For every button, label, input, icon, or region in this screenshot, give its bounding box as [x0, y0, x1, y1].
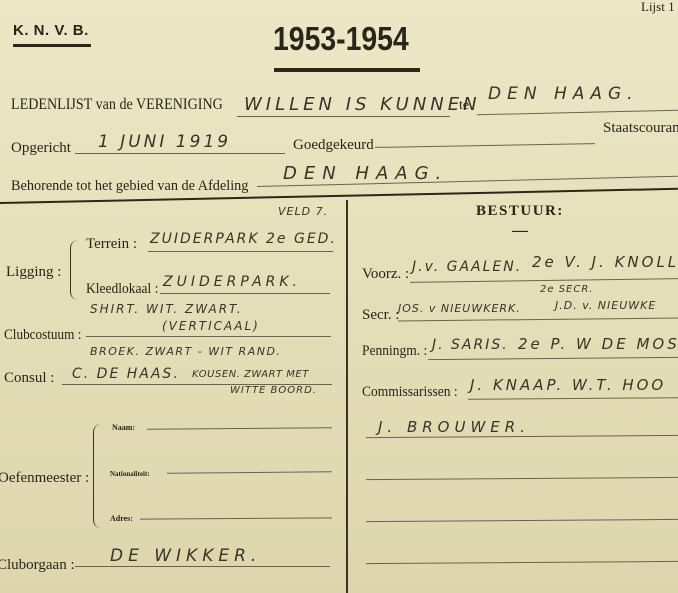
- afdeling-label: Behorende tot het gebied van de Afdeling: [11, 178, 248, 195]
- bestuur-dash: —: [512, 222, 528, 240]
- veld-note: VELD 7.: [278, 205, 328, 218]
- penningm-second-value[interactable]: 2e P. W DE MOS: [518, 335, 678, 353]
- penningm-line: [428, 357, 678, 360]
- consul-note1[interactable]: KOUSEN. ZWART MET: [192, 369, 309, 380]
- nationaliteit-label: Nationaliteit:: [110, 470, 150, 478]
- ledenlijst-label: LEDENLIJST van de VERENIGING: [11, 96, 223, 114]
- nationaliteit-line[interactable]: [167, 471, 332, 473]
- clubcostuum-line3[interactable]: BROEK. ZWART - WIT RAND.: [90, 345, 281, 358]
- adres-label: Adres:: [110, 514, 133, 523]
- blank-line-3[interactable]: [366, 561, 678, 564]
- secr-label: Secr. :: [362, 307, 400, 324]
- penningm-value[interactable]: J. SARIS.: [432, 337, 509, 353]
- ligging-label: Ligging :: [6, 264, 61, 281]
- kleedlokaal-value[interactable]: ZUIDERPARK.: [163, 274, 301, 290]
- opgericht-label: Opgericht: [11, 140, 71, 157]
- voorz-second-value[interactable]: 2e V. J. KNOLL.: [532, 253, 678, 271]
- te-label: te: [459, 98, 469, 114]
- cluborgaan-value[interactable]: DE WIKKER.: [110, 546, 261, 566]
- commissarissen-line2-value[interactable]: J. BROUWER.: [378, 418, 530, 436]
- ligging-brace: [70, 240, 79, 300]
- secr-second-value[interactable]: J.D. v. NIEUWKE: [555, 299, 656, 312]
- cluborgaan-label: Cluborgaan :: [0, 557, 75, 574]
- consul-label: Consul :: [4, 370, 54, 387]
- terrein-value[interactable]: ZUIDERPARK 2e GED.: [150, 231, 337, 247]
- penningm-label: Penningm. :: [362, 343, 427, 360]
- secr-value[interactable]: JOS. v NIEUWKERK.: [398, 302, 521, 315]
- staatscourant-label: Staatscourant: [603, 120, 678, 137]
- voorz-label: Voorz. :: [362, 266, 409, 283]
- clubcostuum-line1[interactable]: SHIRT. WIT. ZWART.: [90, 302, 243, 316]
- afdeling-value[interactable]: DEN HAAG.: [283, 163, 448, 184]
- voorz-line: [410, 278, 678, 283]
- goedgekeurd-label: Goedgekeurd: [293, 137, 374, 154]
- clubcostuum-line2[interactable]: (VERTICAAL): [162, 319, 260, 333]
- club-name-line: [237, 116, 450, 117]
- season-underline: [274, 68, 420, 72]
- clubcostuum-rule: [86, 336, 331, 337]
- naam-label: Naam:: [112, 423, 135, 432]
- blank-line-2[interactable]: [366, 519, 678, 522]
- kleedlokaal-line: [160, 293, 330, 294]
- org-title-underline: [13, 44, 91, 47]
- commissarissen-line: [468, 397, 678, 399]
- club-name-value[interactable]: WILLEN IS KUNNEN: [244, 94, 481, 115]
- adres-line[interactable]: [140, 517, 332, 519]
- list-number: Lijst 1: [641, 0, 675, 15]
- oefenmeester-label: Oefenmeester :: [0, 470, 89, 487]
- opgericht-value[interactable]: 1 JUNI 1919: [98, 132, 231, 152]
- secr-line: [398, 318, 678, 322]
- oefenmeester-brace: [93, 424, 102, 528]
- commissarissen-label: Commissarissen :: [362, 384, 458, 401]
- season-title: 1953-1954: [273, 20, 409, 58]
- goedgekeurd-line: [375, 143, 595, 148]
- blank-line-1[interactable]: [366, 477, 678, 480]
- voorz-value[interactable]: J.v. GAALEN.: [412, 259, 522, 275]
- consul-value[interactable]: C. DE HAAS.: [72, 366, 180, 382]
- city-value[interactable]: DEN HAAG.: [488, 84, 639, 104]
- opgericht-line: [75, 153, 285, 154]
- second-secr-note: 2e SECR.: [540, 284, 593, 295]
- column-divider: [346, 200, 348, 593]
- terrein-label: Terrein :: [86, 236, 137, 253]
- org-title: K. N. V. B.: [13, 22, 89, 39]
- clubcostuum-label: Clubcostuum :: [4, 327, 81, 344]
- naam-line[interactable]: [147, 427, 332, 430]
- cluborgaan-line: [75, 566, 330, 567]
- terrein-line: [148, 251, 333, 252]
- commissarissen-value[interactable]: J. KNAAP. W.T. HOO: [470, 376, 666, 394]
- consul-note2[interactable]: WITTE BOORD.: [230, 385, 317, 396]
- city-line: [477, 110, 678, 116]
- kleedlokaal-label: Kleedlokaal :: [86, 281, 158, 298]
- bestuur-heading: BESTUUR:: [476, 203, 564, 220]
